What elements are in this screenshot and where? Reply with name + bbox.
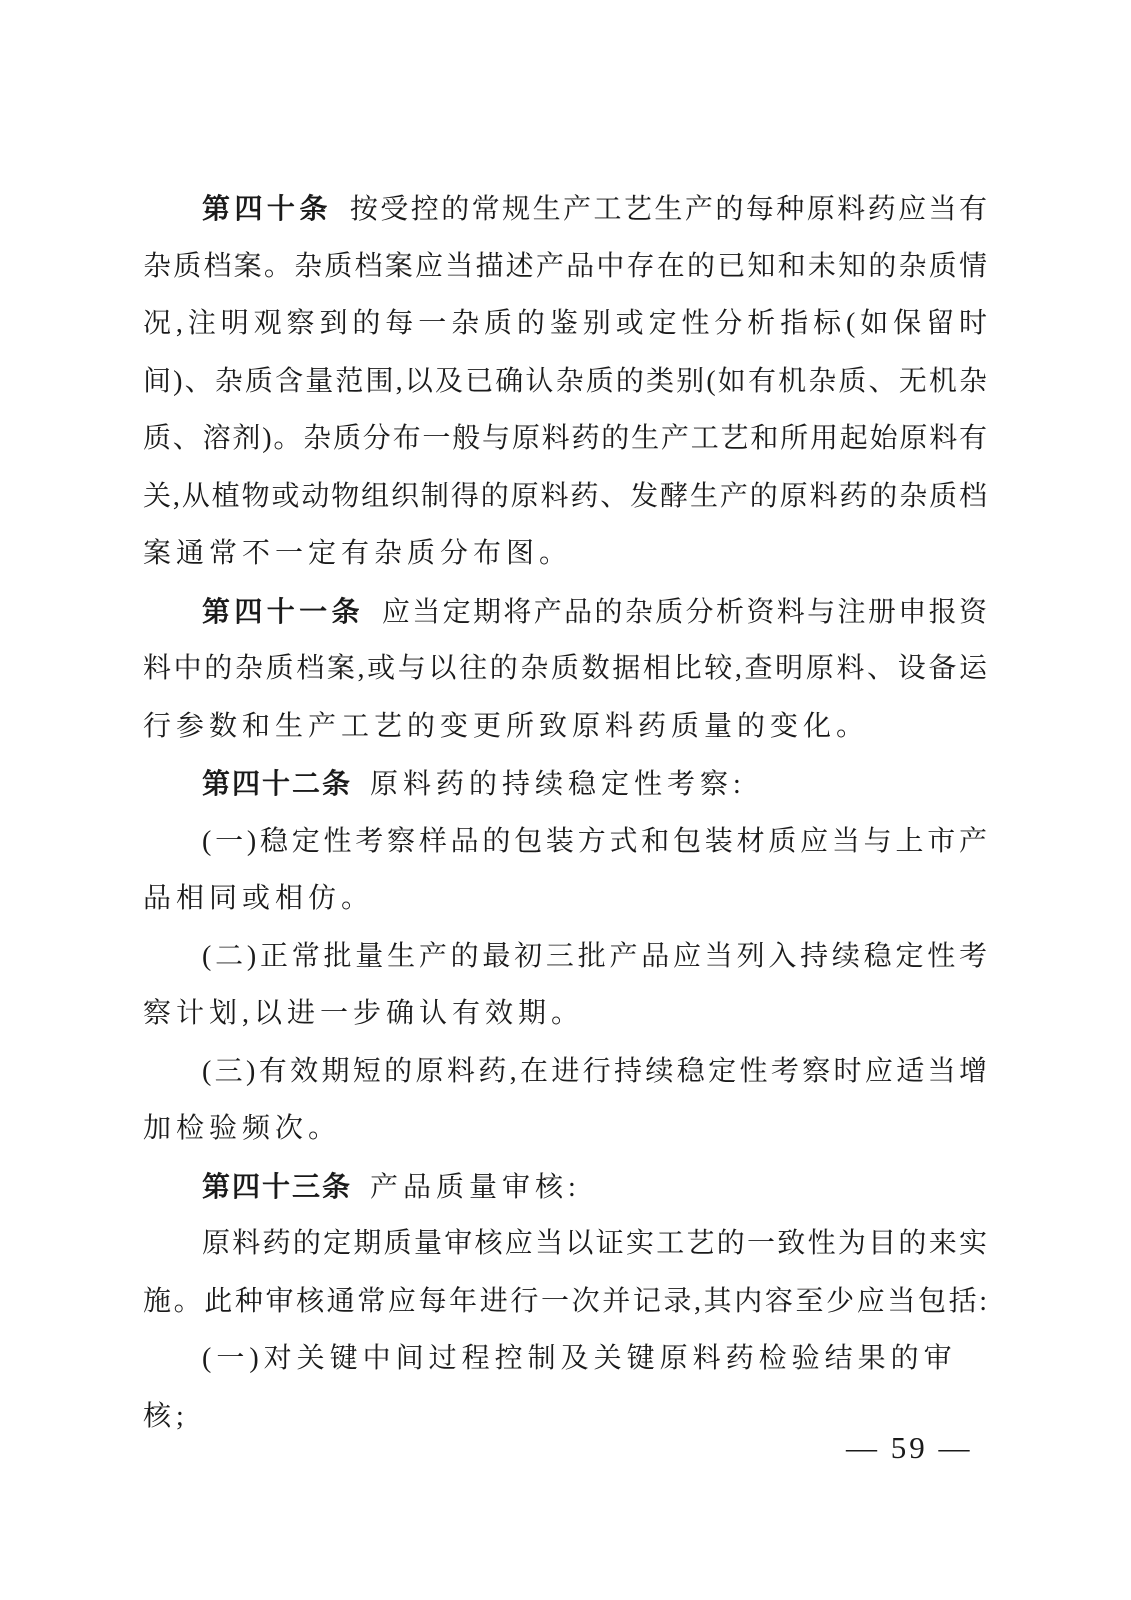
list-item-line: (二)正常批量生产的最初三批产品应当列入持续稳定性考: [143, 928, 987, 986]
body-text-line: 质、溶剂)。杂质分布一般与原料药的生产工艺和所用起始原料有: [143, 410, 987, 468]
page-number: — 59 —: [846, 1428, 973, 1468]
line-text: 关,从植物或动物组织制得的原料药、发酵生产的原料药的杂质档: [143, 481, 987, 512]
body-text-line: 料中的杂质档案,或与以往的杂质数据相比较,查明原料、设备运: [143, 640, 987, 698]
line-text: 杂质档案。杂质档案应当描述产品中存在的已知和未知的杂质情: [143, 251, 987, 282]
body-text-line: 品相同或相仿。: [143, 870, 987, 928]
body-text-line: 行参数和生产工艺的变更所致原料药质量的变化。: [143, 698, 987, 756]
line-text: 按受控的常规生产工艺生产的每种原料药应当有: [350, 194, 987, 225]
line-text: 案通常不一定有杂质分布图。: [143, 538, 572, 569]
line-text: 品相同或相仿。: [143, 883, 374, 914]
line-text: 间)、杂质含量范围,以及已确认杂质的类别(如有机杂质、无机杂: [143, 366, 987, 397]
line-text: (二)正常批量生产的最初三批产品应当列入持续稳定性考: [202, 941, 987, 972]
line-text: 产品质量审核:: [370, 1172, 581, 1203]
line-text: 加检验频次。: [143, 1113, 341, 1144]
article-40-heading-line: 第四十条按受控的常规生产工艺生产的每种原料药应当有: [143, 180, 987, 238]
line-text: 质、溶剂)。杂质分布一般与原料药的生产工艺和所用起始原料有: [143, 423, 987, 454]
line-text: 况,注明观察到的每一杂质的鉴别或定性分析指标(如保留时: [143, 308, 987, 339]
line-text: 行参数和生产工艺的变更所致原料药质量的变化。: [143, 711, 869, 742]
article-42-number: 第四十二条: [202, 768, 352, 799]
list-item-line: (三)有效期短的原料药,在进行持续稳定性考察时应适当增: [143, 1043, 987, 1101]
article-42-heading-line: 第四十二条原料药的持续稳定性考察:: [143, 755, 987, 813]
article-text-block: 第四十条按受控的常规生产工艺生产的每种原料药应当有 杂质档案。杂质档案应当描述产…: [143, 180, 987, 1388]
line-text: 应当定期将产品的杂质分析资料与注册申报资: [382, 597, 987, 628]
body-text-line: 原料药的定期质量审核应当以证实工艺的一致性为目的来实: [143, 1215, 987, 1273]
line-text: 料中的杂质档案,或与以往的杂质数据相比较,查明原料、设备运: [143, 653, 987, 684]
body-text-line: 关,从植物或动物组织制得的原料药、发酵生产的原料药的杂质档: [143, 468, 987, 526]
body-text-line: 施。此种审核通常应每年进行一次并记录,其内容至少应当包括:: [143, 1273, 987, 1331]
article-43-number: 第四十三条: [202, 1171, 352, 1202]
article-41-number: 第四十一条: [202, 596, 364, 627]
body-text-line: 间)、杂质含量范围,以及已确认杂质的类别(如有机杂质、无机杂: [143, 353, 987, 411]
line-text: (一)稳定性考察样品的包装方式和包装材质应当与上市产: [202, 826, 987, 857]
line-text: (三)有效期短的原料药,在进行持续稳定性考察时应适当增: [202, 1056, 987, 1087]
list-item-line: (一)对关键中间过程控制及关键原料药检验结果的审核;: [143, 1330, 987, 1388]
line-text: 原料药的持续稳定性考察:: [370, 769, 746, 800]
article-41-heading-line: 第四十一条应当定期将产品的杂质分析资料与注册申报资: [143, 583, 987, 641]
line-text: 施。此种审核通常应每年进行一次并记录,其内容至少应当包括:: [143, 1286, 987, 1317]
body-text-line: 案通常不一定有杂质分布图。: [143, 525, 987, 583]
body-text-line: 察计划,以进一步确认有效期。: [143, 985, 987, 1043]
line-text: 原料药的定期质量审核应当以证实工艺的一致性为目的来实: [202, 1228, 987, 1259]
body-text-line: 加检验频次。: [143, 1100, 987, 1158]
article-40-number: 第四十条: [202, 193, 332, 224]
article-43-heading-line: 第四十三条产品质量审核:: [143, 1158, 987, 1216]
line-text: 察计划,以进一步确认有效期。: [143, 998, 584, 1029]
line-text: (一)对关键中间过程控制及关键原料药检验结果的审核;: [143, 1343, 957, 1432]
body-text-line: 况,注明观察到的每一杂质的鉴别或定性分析指标(如保留时: [143, 295, 987, 353]
body-text-line: 杂质档案。杂质档案应当描述产品中存在的已知和未知的杂质情: [143, 238, 987, 296]
document-page: 第四十条按受控的常规生产工艺生产的每种原料药应当有 杂质档案。杂质档案应当描述产…: [0, 0, 1131, 1600]
list-item-line: (一)稳定性考察样品的包装方式和包装材质应当与上市产: [143, 813, 987, 871]
